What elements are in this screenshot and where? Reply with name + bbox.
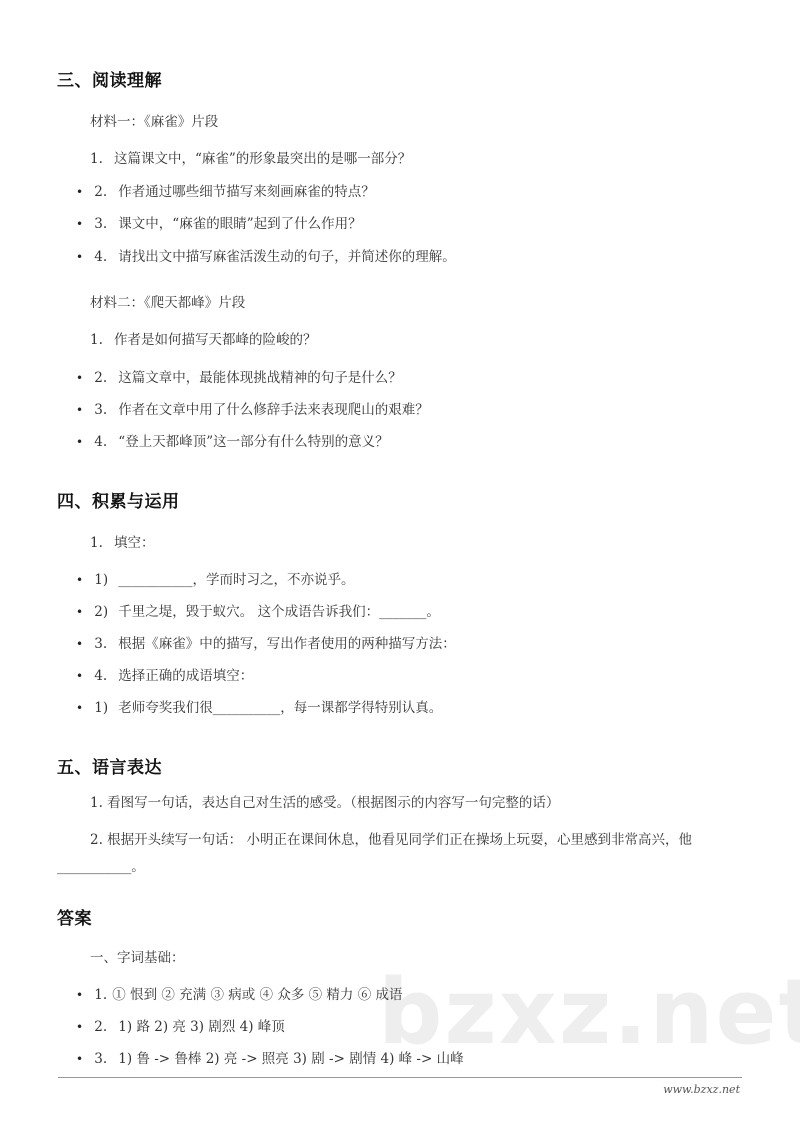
- item-number: 2.: [94, 370, 118, 386]
- paragraph: 1. 看图写一句话，表达自己对生活的感受。（根据图示的内容写一句完整的话）: [57, 790, 747, 817]
- material-1-label: 材料一：《麻雀》片段: [90, 110, 218, 130]
- list-item: 1.作者是如何描写天都峰的险峻的？: [90, 328, 317, 348]
- section-5-heading: 五、语言表达: [57, 753, 162, 778]
- answers-subtitle: 一、字词基础：: [90, 946, 185, 966]
- item-number: 1.: [90, 151, 114, 167]
- item-text: “登上天都峰顶”这一部分有什么特别的意义？: [118, 434, 388, 450]
- item-number: 1.: [94, 987, 112, 1003]
- item-number: 2.: [94, 1019, 118, 1035]
- material-2-label: 材料二：《爬天都峰》片段: [90, 291, 245, 311]
- list-item: 1.① 恨到 ② 充满 ③ 病或 ④ 众多 ⑤ 精力 ⑥ 成语: [76, 983, 403, 1003]
- item-text: 这篇文章中，最能体现挑战精神的句子是什么？: [118, 370, 402, 386]
- list-item: 2.这篇文章中，最能体现挑战精神的句子是什么？: [76, 366, 402, 386]
- list-item: 1)老师夸奖我们很__________，每一课都学得特别认真。: [76, 696, 442, 716]
- item-text: ___________，学而时习之，不亦说乎。: [118, 572, 354, 588]
- item-number: 3.: [94, 216, 118, 232]
- item-number: 4.: [94, 668, 118, 684]
- item-text: 1) 鲁 -> 鲁棒 2) 亮 -> 照亮 3) 剧 -> 剧情 4) 峰 ->…: [118, 1051, 463, 1067]
- item-text: 课文中，“麻雀的眼睛”起到了什么作用？: [118, 216, 361, 232]
- item-text: 千里之堤，毁于蚁穴。 这个成语告诉我们：_______。: [118, 604, 440, 620]
- item-text: 作者在文章中用了什么修辞手法来表现爬山的艰难？: [118, 402, 429, 418]
- list-item: 3.课文中，“麻雀的眼睛”起到了什么作用？: [76, 212, 362, 232]
- item-number: 3.: [94, 402, 118, 418]
- item-text: ① 恨到 ② 充满 ③ 病或 ④ 众多 ⑤ 精力 ⑥ 成语: [112, 987, 402, 1003]
- paragraph: 2. 根据开头续写一句话： 小明正在课间休息，他看见同学们正在操场上玩耍，心里感…: [57, 827, 747, 881]
- document-page: bzxz.net 三、阅读理解 材料一：《麻雀》片段 1.这篇课文中，“麻雀”的…: [0, 0, 800, 1130]
- list-item: 2)千里之堤，毁于蚁穴。 这个成语告诉我们：_______。: [76, 600, 440, 620]
- list-item: 1)___________，学而时习之，不亦说乎。: [76, 568, 355, 588]
- item-number: 1): [94, 700, 118, 716]
- item-number: 3.: [94, 636, 118, 652]
- item-number: 4.: [94, 434, 118, 450]
- list-item: 4.选择正确的成语填空：: [76, 664, 253, 684]
- list-item: 3.作者在文章中用了什么修辞手法来表现爬山的艰难？: [76, 398, 429, 418]
- item-text: 作者是如何描写天都峰的险峻的？: [114, 332, 317, 348]
- item-text: 选择正确的成语填空：: [118, 668, 253, 684]
- item-text: 1) 路 2) 亮 3) 剧烈 4) 峰顶: [118, 1019, 284, 1035]
- list-item: 4.“登上天都峰顶”这一部分有什么特别的意义？: [76, 430, 389, 450]
- section-4-heading: 四、积累与运用: [57, 487, 180, 512]
- watermark: bzxz.net: [378, 968, 800, 1058]
- item-number: 4.: [94, 249, 118, 265]
- list-item: 3.根据《麻雀》中的描写，写出作者使用的两种描写方法：: [76, 632, 456, 652]
- item-text: 这篇课文中，“麻雀”的形象最突出的是哪一部分？: [114, 151, 411, 167]
- item-number: 3.: [94, 1051, 118, 1067]
- item-number: 1): [94, 572, 118, 588]
- item-text: 作者通过哪些细节描写来刻画麻雀的特点？: [118, 184, 375, 200]
- list-item: 4.请找出文中描写麻雀活泼生动的句子，并简述你的理解。: [76, 245, 456, 265]
- list-item: 1.填空：: [90, 531, 155, 551]
- list-item: 1.这篇课文中，“麻雀”的形象最突出的是哪一部分？: [90, 147, 411, 167]
- item-number: 2.: [94, 184, 118, 200]
- item-number: 1.: [90, 332, 114, 348]
- item-number: 2): [94, 604, 118, 620]
- list-item: 2.作者通过哪些细节描写来刻画麻雀的特点？: [76, 180, 375, 200]
- section-3-heading: 三、阅读理解: [57, 66, 162, 91]
- item-text: 填空：: [114, 535, 155, 551]
- answers-heading: 答案: [57, 904, 92, 929]
- footer-divider: [58, 1077, 742, 1078]
- item-number: 1.: [90, 535, 114, 551]
- item-text: 请找出文中描写麻雀活泼生动的句子，并简述你的理解。: [118, 249, 456, 265]
- list-item: 3.1) 鲁 -> 鲁棒 2) 亮 -> 照亮 3) 剧 -> 剧情 4) 峰 …: [76, 1047, 464, 1067]
- item-text: 根据《麻雀》中的描写，写出作者使用的两种描写方法：: [118, 636, 456, 652]
- footer-url: www.bzxz.net: [663, 1083, 740, 1096]
- item-text: 老师夸奖我们很__________，每一课都学得特别认真。: [118, 700, 442, 716]
- list-item: 2.1) 路 2) 亮 3) 剧烈 4) 峰顶: [76, 1015, 285, 1035]
